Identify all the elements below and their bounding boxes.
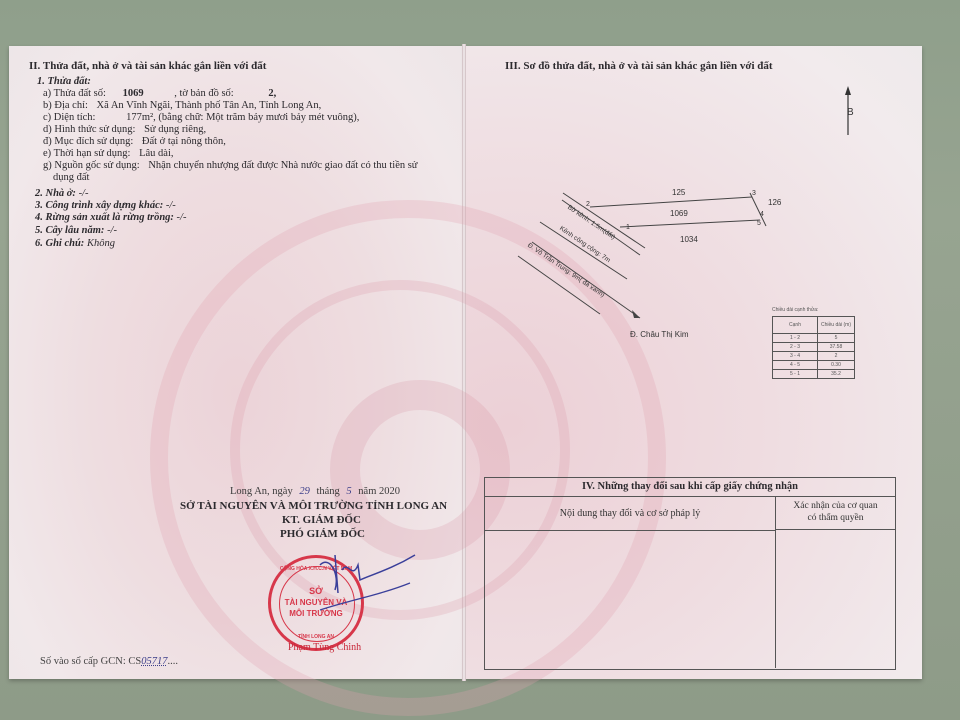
origin-row: g) Nguồn gốc sử dụng: Nhận chuyển nhượng… [43, 160, 418, 171]
item-house-value: -/- [79, 188, 89, 199]
edge-header: Cạnh [773, 317, 818, 334]
item-note: 6. Ghi chú: Không [35, 238, 115, 249]
item-perennial: 5. Cây lâu năm: -/- [35, 225, 117, 236]
registry-row: Số vào sổ cấp GCN: CS05717.... [40, 656, 178, 667]
map-sheet-label: , tờ bản đồ số: [174, 88, 234, 99]
end-road-label: Đ. Châu Thị Kim [630, 330, 689, 339]
item-perennial-value: -/- [107, 225, 117, 236]
origin-value-cont: dụng đất [53, 172, 89, 183]
vertex-1: 1 [626, 224, 630, 231]
edge-table-caption: Chiều dài cạnh thửa: [772, 307, 818, 313]
changes-content-cell [485, 531, 776, 668]
table-row: 1 - 25 [773, 334, 855, 343]
month-label: tháng [316, 486, 339, 497]
map-sheet-number: 2, [268, 88, 276, 99]
neighbor-east: 126 [768, 198, 781, 207]
neighbor-north: 125 [672, 188, 685, 197]
item-forest-label: 4. Rừng sản xuất là rừng trồng: [35, 212, 174, 223]
term-value: Lâu dài, [139, 148, 173, 159]
origin-value: Nhận chuyển nhượng đất được Nhà nước gia… [148, 160, 417, 171]
item-note-label: 6. Ghi chú: [35, 238, 84, 249]
item-other-construction-value: -/- [166, 200, 176, 211]
changes-title: IV. Những thay đổi sau khi cấp giấy chứn… [485, 478, 895, 497]
confirmation-line-2: có thẩm quyền [776, 512, 895, 524]
item-house-label: 2. Nhà ở: [35, 188, 76, 199]
section-iii-title: III. Sơ đồ thửa đất, nhà ở và tài sản kh… [505, 60, 773, 72]
item-forest-value: -/- [177, 212, 187, 223]
table-row: 5 - 135.2 [773, 370, 855, 379]
changes-col-content: Nội dung thay đổi và cơ sở pháp lý [485, 497, 776, 531]
area-value: 177m², (bằng chữ: Một trăm bảy mươi bảy … [126, 112, 359, 123]
length-header: Chiều dài (m) [818, 317, 855, 334]
vertex-5: 5 [757, 220, 761, 227]
usage-form-value: Sử dụng riêng, [144, 124, 206, 135]
term-label: e) Thời hạn sử dụng: [43, 148, 130, 159]
north-label: B [847, 107, 854, 118]
term-row: e) Thời hạn sử dụng: Lâu dài, [43, 148, 174, 159]
vertex-2: 2 [586, 201, 590, 208]
date-day: 29 [299, 486, 310, 497]
neighbor-south: 1034 [680, 235, 698, 244]
stamp-ring-bottom: TỈNH LONG AN [271, 634, 361, 640]
year-label: năm 2020 [358, 486, 400, 497]
land-heading: 1. Thửa đất: [37, 76, 91, 87]
signer-role-2: PHÓ GIÁM ĐỐC [280, 528, 365, 540]
parcel-row: a) Thửa đất số: 1069 , tờ bản đồ số: 2, [43, 88, 276, 99]
address-value: Xã An Vĩnh Ngãi, Thành phố Tân An, Tỉnh … [97, 100, 322, 111]
changes-confirmation-cell [776, 531, 895, 668]
edge-length-table: Cạnh Chiều dài (m) 1 - 25 2 - 337.58 3 -… [772, 316, 855, 379]
usage-form-row: d) Hình thức sử dụng: Sử dụng riêng, [43, 124, 206, 135]
changes-table: IV. Những thay đổi sau khi cấp giấy chứn… [484, 477, 896, 670]
signer-role-1: KT. GIÁM ĐỐC [282, 514, 361, 526]
place-date: Long An, ngày 29 tháng 5 năm 2020 [230, 486, 400, 497]
signer-name: Phạm Tùng Chinh [288, 642, 361, 653]
vertex-4: 4 [760, 211, 764, 218]
item-other-construction-label: 3. Công trình xây dựng khác: [35, 200, 163, 211]
purpose-label: đ) Mục đích sử dụng: [43, 136, 133, 147]
table-row: 4 - 50.30 [773, 361, 855, 370]
purpose-row: đ) Mục đích sử dụng: Đất ở tại nông thôn… [43, 136, 226, 147]
table-row: 3 - 42 [773, 352, 855, 361]
table-row: 2 - 337.58 [773, 343, 855, 352]
handwritten-signature [300, 545, 430, 615]
purpose-value: Đất ở tại nông thôn, [142, 136, 226, 147]
confirmation-line-1: Xác nhận của cơ quan [776, 500, 895, 512]
registry-label: Số vào sổ cấp GCN: CS [40, 656, 141, 667]
book-spine [462, 44, 466, 681]
usage-form-label: d) Hình thức sử dụng: [43, 124, 135, 135]
item-forest: 4. Rừng sản xuất là rừng trồng: -/- [35, 212, 186, 223]
registry-number: 05717 [141, 656, 167, 667]
address-label: b) Địa chỉ: [43, 100, 88, 111]
parcel-label: 1069 [670, 209, 688, 218]
date-month: 5 [346, 486, 351, 497]
vertex-3: 3 [752, 190, 756, 197]
item-other-construction: 3. Công trình xây dựng khác: -/- [35, 200, 176, 211]
parcel-number: 1069 [123, 88, 144, 99]
place-date-prefix: Long An, ngày [230, 486, 293, 497]
address-row: b) Địa chỉ: Xã An Vĩnh Ngãi, Thành phố T… [43, 100, 321, 111]
area-label: c) Diện tích: [43, 112, 95, 123]
section-ii-title: II. Thửa đất, nhà ở và tài sản khác gắn … [29, 60, 266, 72]
item-house: 2. Nhà ở: -/- [35, 188, 88, 199]
origin-label: g) Nguồn gốc sử dụng: [43, 160, 140, 171]
agency-name: SỞ TÀI NGUYÊN VÀ MÔI TRƯỜNG TỈNH LONG AN [180, 500, 447, 512]
parcel-label: a) Thửa đất số: [43, 88, 106, 99]
item-perennial-label: 5. Cây lâu năm: [35, 225, 104, 236]
area-row: c) Diện tích: 177m², (bằng chữ: Một trăm… [43, 112, 359, 123]
item-note-value: Không [87, 238, 115, 249]
changes-col-confirmation: Xác nhận của cơ quan có thẩm quyền [776, 497, 895, 530]
